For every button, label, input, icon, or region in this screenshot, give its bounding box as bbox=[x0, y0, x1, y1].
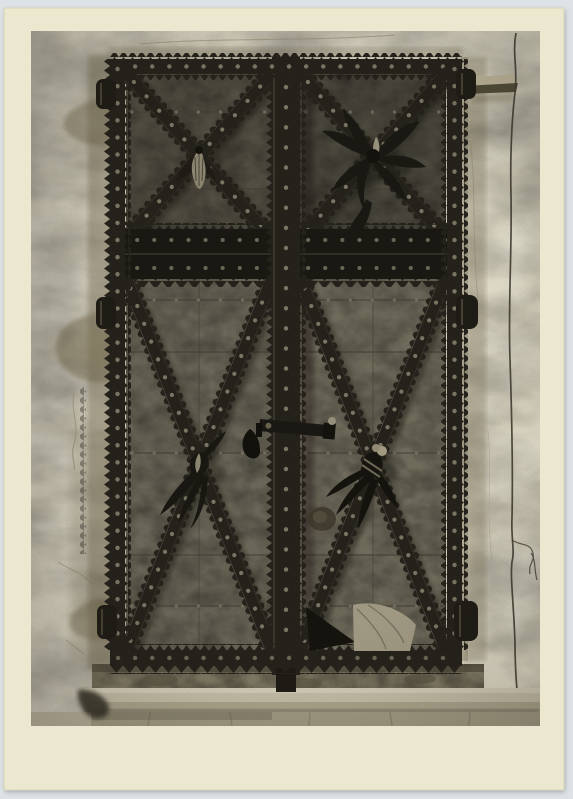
photograph-print bbox=[0, 0, 573, 799]
photograph bbox=[31, 31, 540, 726]
photo-scan bbox=[0, 0, 573, 799]
film-grain bbox=[31, 31, 540, 726]
